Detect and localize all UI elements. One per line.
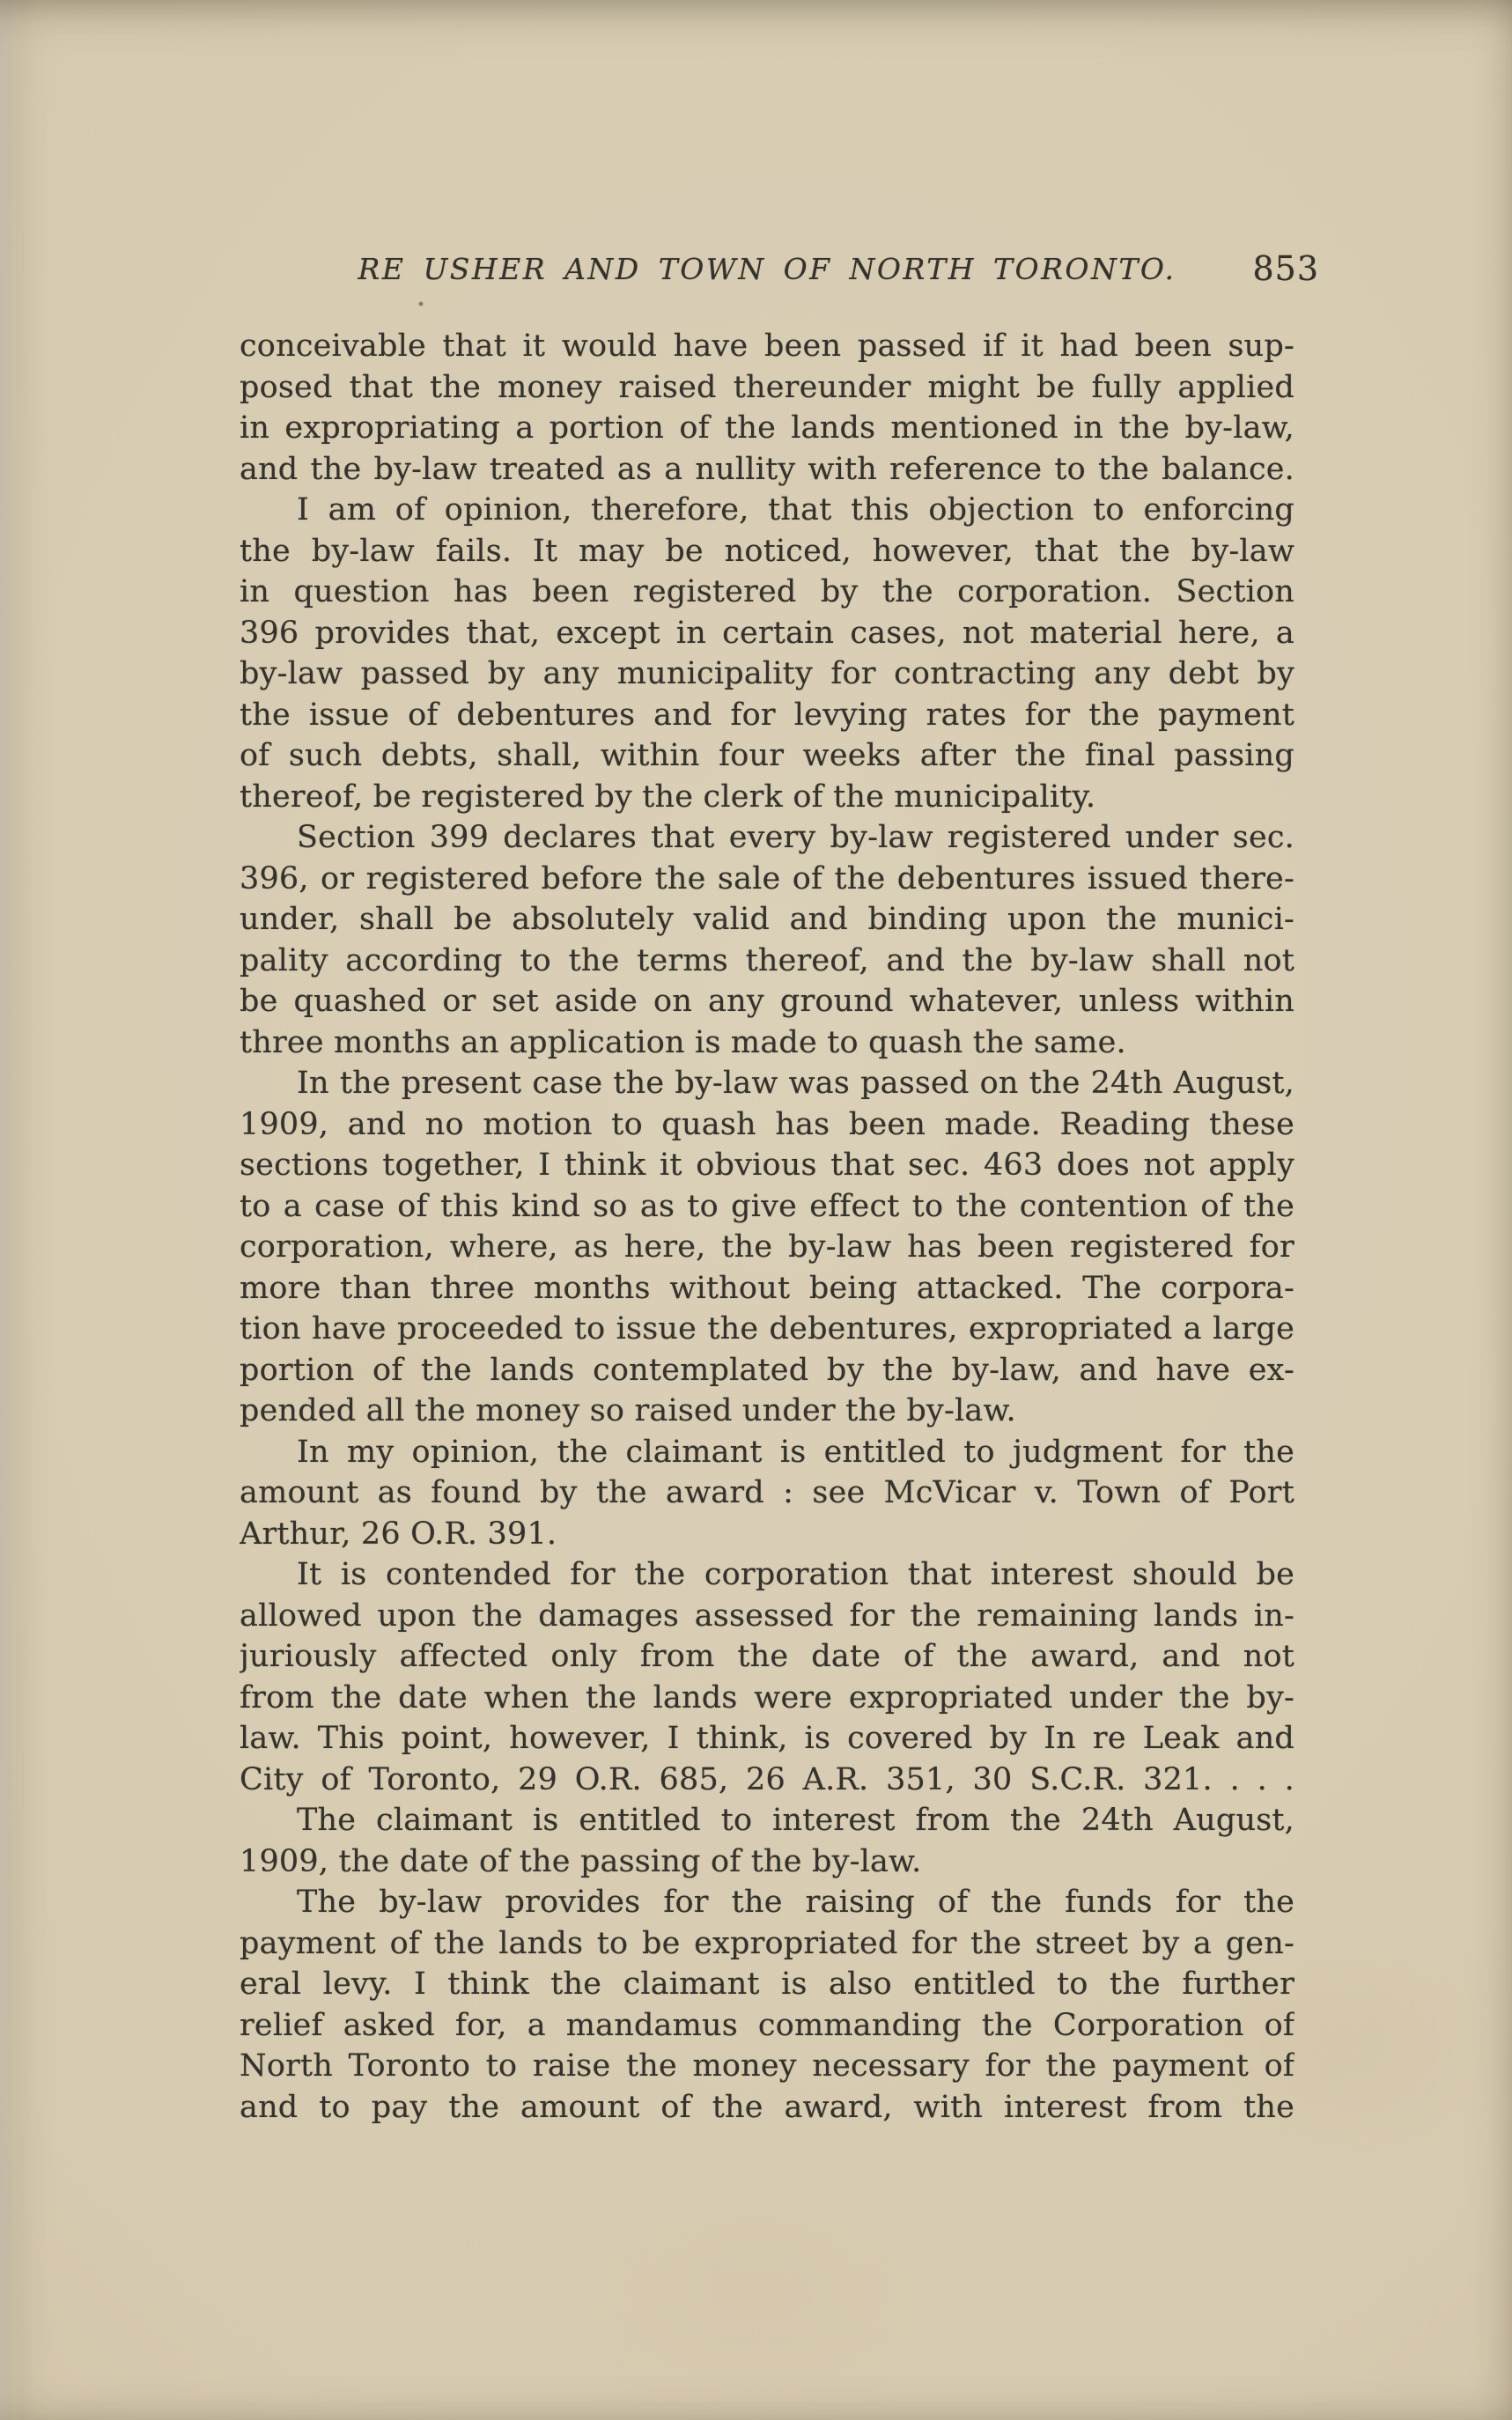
text-line: The by-law provides for the raising of t…: [240, 1882, 1294, 1923]
text-line: the issue of debentures and for levying …: [240, 695, 1294, 736]
running-header: RE USHER AND TOWN OF NORTH TORONTO. 853: [240, 252, 1294, 286]
text-line: juriously affected only from the date of…: [240, 1636, 1294, 1678]
text-line: payment of the lands to be expropriated …: [240, 1923, 1294, 1965]
running-header-title: RE USHER AND TOWN OF NORTH TORONTO.: [358, 252, 1176, 286]
text-line: sections together, I think it obvious th…: [240, 1145, 1294, 1186]
text-line: I am of opinion, therefore, that this ob…: [240, 490, 1294, 531]
paragraph: It is contended for the corporation that…: [240, 1554, 1294, 1800]
text-line: by-law passed by any municipality for co…: [240, 653, 1294, 695]
text-line: 396 provides that, except in certain cas…: [240, 613, 1294, 654]
text-line: from the date when the lands were exprop…: [240, 1678, 1294, 1719]
text-line: In my opinion, the claimant is entitled …: [240, 1432, 1294, 1473]
text-line: the by-law fails. It may be noticed, how…: [240, 531, 1294, 572]
text-line: relief asked for, a mandamus commanding …: [240, 2005, 1294, 2047]
paragraph: Section 399 declares that every by-law r…: [240, 817, 1294, 1063]
text-line: pality according to the terms thereof, a…: [240, 941, 1294, 982]
text-line: law. This point, however, I think, is co…: [240, 1718, 1294, 1760]
text-line: 1909, and no motion to quash has been ma…: [240, 1104, 1294, 1146]
text-line: It is contended for the corporation that…: [240, 1554, 1294, 1596]
text-line: portion of the lands contemplated by the…: [240, 1350, 1294, 1391]
text-line: Section 399 declares that every by-law r…: [240, 817, 1294, 859]
text-line: three months an application is made to q…: [240, 1022, 1294, 1064]
text-line: posed that the money raised thereunder m…: [240, 367, 1294, 409]
text-line: allowed upon the damages assessed for th…: [240, 1596, 1294, 1637]
text-line: tion have proceeded to issue the debentu…: [240, 1309, 1294, 1350]
text-line: of such debts, shall, within four weeks …: [240, 735, 1294, 777]
text-column: conceivable that it would have been pass…: [240, 326, 1294, 2128]
text-line: and the by-law treated as a nullity with…: [240, 449, 1294, 491]
text-line: under, shall be absolutely valid and bin…: [240, 899, 1294, 941]
text-line: 1909, the date of the passing of the by-…: [240, 1841, 1294, 1883]
text-line: North Toronto to raise the money necessa…: [240, 2046, 1294, 2087]
paragraph: In my opinion, the claimant is entitled …: [240, 1432, 1294, 1555]
text-line: thereof, be registered by the clerk of t…: [240, 777, 1294, 818]
paragraph: The by-law provides for the raising of t…: [240, 1882, 1294, 2128]
paragraph: In the present case the by-law was passe…: [240, 1063, 1294, 1432]
text-line: 396, or registered before the sale of th…: [240, 859, 1294, 900]
text-line: pended all the money so raised under the…: [240, 1391, 1294, 1432]
text-line: eral levy. I think the claimant is also …: [240, 1964, 1294, 2005]
text-line: Arthur, 26 O.R. 391.: [240, 1514, 1294, 1555]
text-line: in expropriating a portion of the lands …: [240, 408, 1294, 449]
page-number: 853: [1252, 249, 1319, 288]
paragraph: I am of opinion, therefore, that this ob…: [240, 490, 1294, 817]
text-line: In the present case the by-law was passe…: [240, 1063, 1294, 1104]
text-line: to a case of this kind so as to give eff…: [240, 1186, 1294, 1228]
paragraph: conceivable that it would have been pass…: [240, 326, 1294, 490]
text-line: and to pay the amount of the award, with…: [240, 2087, 1294, 2129]
text-line: The claimant is entitled to interest fro…: [240, 1800, 1294, 1841]
text-line: City of Toronto, 29 O.R. 685, 26 A.R. 35…: [240, 1760, 1294, 1801]
text-line: be quashed or set aside on any ground wh…: [240, 981, 1294, 1022]
text-line: corporation, where, as here, the by-law …: [240, 1227, 1294, 1268]
book-page-scan: RE USHER AND TOWN OF NORTH TORONTO. 853 …: [0, 0, 1512, 2420]
paragraph: The claimant is entitled to interest fro…: [240, 1800, 1294, 1882]
text-line: more than three months without being att…: [240, 1268, 1294, 1310]
text-line: in question has been registered by the c…: [240, 572, 1294, 613]
text-line: conceivable that it would have been pass…: [240, 326, 1294, 367]
text-line: amount as found by the award : see McVic…: [240, 1472, 1294, 1514]
